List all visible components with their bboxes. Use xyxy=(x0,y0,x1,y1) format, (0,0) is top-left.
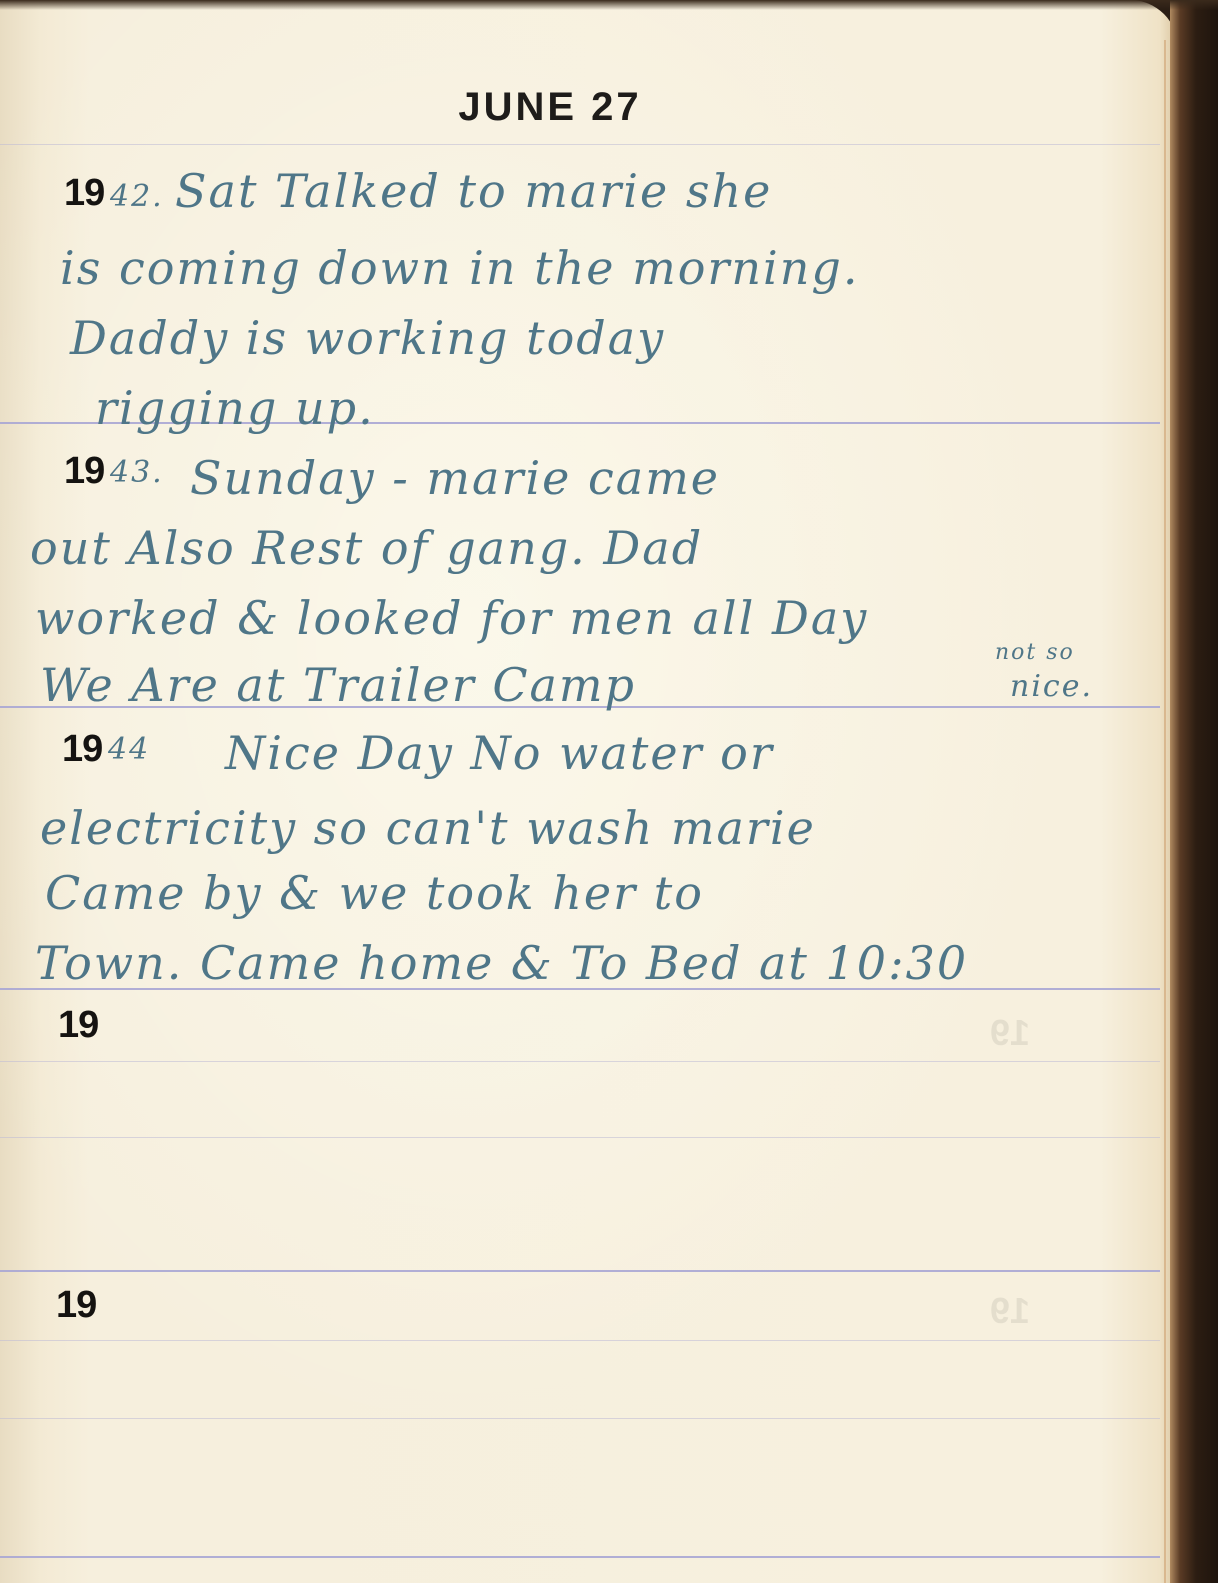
entry-line: out Also Rest of gang. Dad xyxy=(30,525,703,571)
section-divider xyxy=(0,1556,1160,1558)
year-prefix: 19 xyxy=(56,1284,96,1327)
entry-line: We Are at Trailer Camp xyxy=(40,662,636,708)
entry-annotation: nice. xyxy=(1010,672,1093,702)
entry-line: is coming down in the morning. xyxy=(60,245,859,291)
entry-line: Sunday - marie came xyxy=(190,455,720,501)
entry-annotation: not so xyxy=(995,642,1075,664)
year-suffix: 43. xyxy=(110,458,164,488)
entry-line: electricity so can't wash marie xyxy=(40,805,816,851)
rule-line xyxy=(0,1137,1160,1138)
year-prefix: 19 xyxy=(62,728,102,771)
entry-line: Came by & we took her to xyxy=(45,870,704,916)
year-prefix: 19 xyxy=(64,450,104,493)
entry-line: rigging up. xyxy=(95,385,375,431)
year-prefix: 19 xyxy=(64,172,104,215)
entry-line: worked & looked for men all Day xyxy=(35,595,868,641)
book-binding-edge xyxy=(1170,0,1218,1583)
show-through-year: 19 xyxy=(990,1012,1030,1054)
section-divider xyxy=(0,1270,1160,1272)
rule-line xyxy=(0,144,1160,145)
rule-line xyxy=(0,1340,1160,1341)
entry-line: Nice Day No water or xyxy=(225,730,774,776)
entry-line: Sat Talked to marie she xyxy=(175,168,772,214)
entry-line: Town. Came home & To Bed at 10:30 xyxy=(35,940,968,986)
entry-line: Daddy is working today xyxy=(70,315,665,361)
page-title: JUNE 27 xyxy=(0,85,1100,130)
rule-line xyxy=(0,1418,1160,1419)
rule-line xyxy=(0,1061,1160,1062)
page-edge xyxy=(1164,40,1166,1583)
year-suffix: 42. xyxy=(110,182,164,212)
show-through-year: 19 xyxy=(990,1290,1030,1332)
diary-page: JUNE 27 19 42. Sat Talked to marie she i… xyxy=(0,0,1178,1583)
page-top-shadow xyxy=(0,0,1218,10)
year-suffix: 44 xyxy=(108,735,150,765)
year-prefix: 19 xyxy=(58,1004,98,1047)
